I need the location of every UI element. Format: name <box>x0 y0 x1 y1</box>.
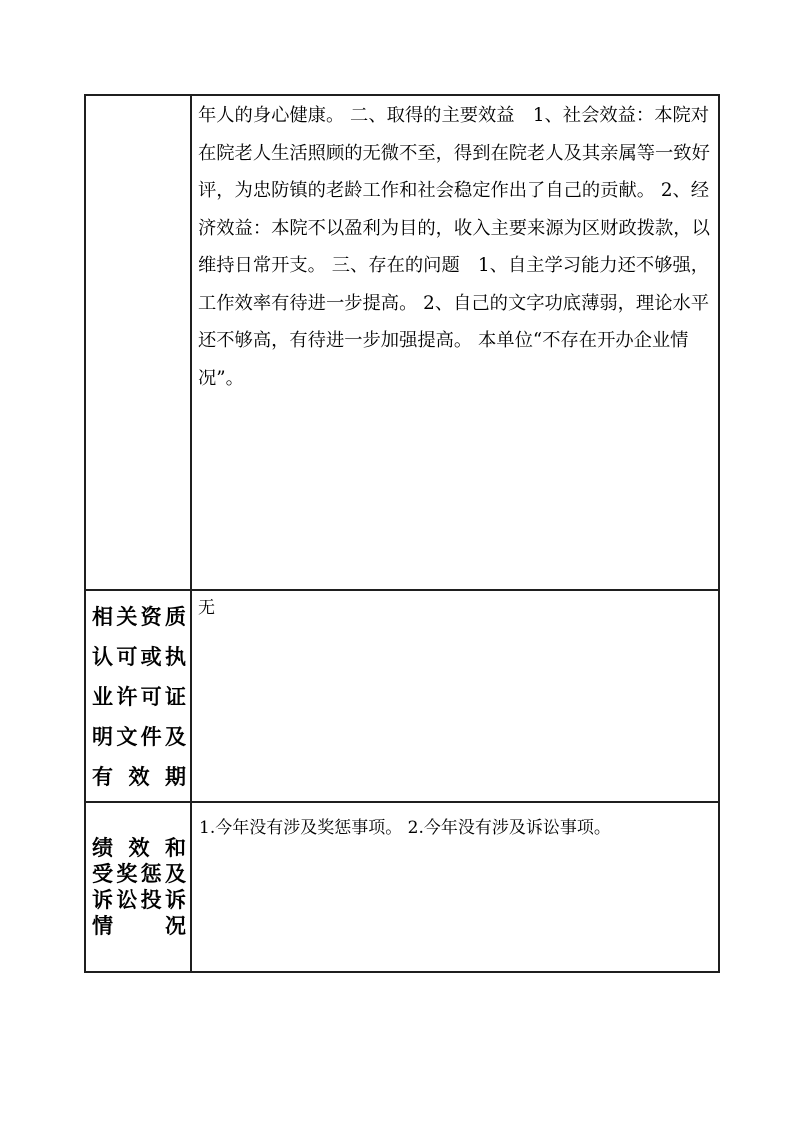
empty-label-cell <box>85 95 191 590</box>
performance-rewards-litigation-label: 绩效和 受奖惩及 诉讼投诉 情况 <box>85 802 191 972</box>
document-page: 年人的身心健康。 二、取得的主要效益 1、社会效益：本院对 在院老人生活照顾的无… <box>0 0 794 1122</box>
table-row-qualifications: 相关资质 认可或执 业许可证 明文件及 有效期 无 <box>85 590 719 802</box>
table-row-performance-litigation: 绩效和 受奖惩及 诉讼投诉 情况 1.今年没有涉及奖惩事项。 2.今年没有涉及诉… <box>85 802 719 972</box>
table-row-summary-continuation: 年人的身心健康。 二、取得的主要效益 1、社会效益：本院对 在院老人生活照顾的无… <box>85 95 719 590</box>
business-activity-summary-text: 年人的身心健康。 二、取得的主要效益 1、社会效益：本院对 在院老人生活照顾的无… <box>191 95 719 590</box>
qualification-certificates-label: 相关资质 认可或执 业许可证 明文件及 有效期 <box>85 590 191 802</box>
qualification-certificates-value: 无 <box>191 590 719 802</box>
performance-rewards-litigation-value: 1.今年没有涉及奖惩事项。 2.今年没有涉及诉讼事项。 <box>191 802 719 972</box>
annual-inspection-table: 年人的身心健康。 二、取得的主要效益 1、社会效益：本院对 在院老人生活照顾的无… <box>84 94 720 973</box>
